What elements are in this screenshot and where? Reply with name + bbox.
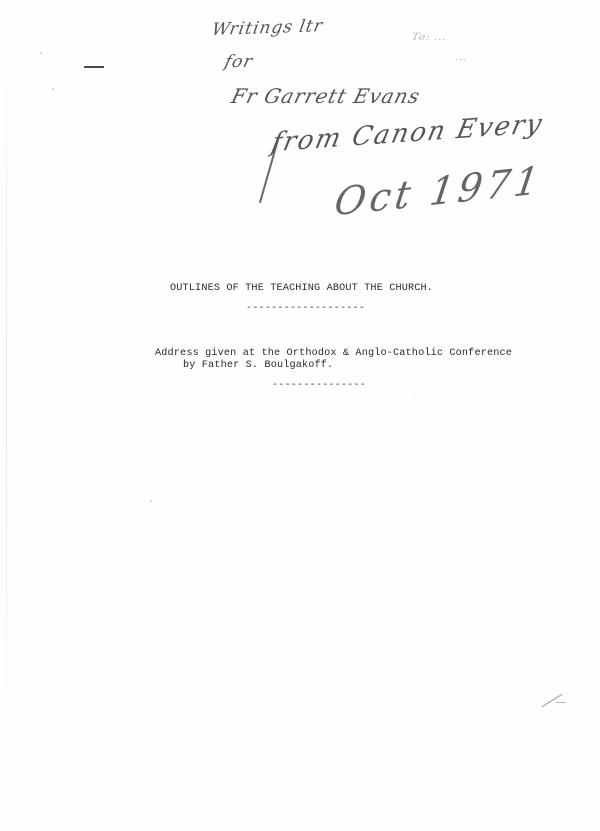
title-underline-rule: ------------------- [246,303,365,314]
document-title: OUTLINES OF THE TEACHING ABOUT THE CHURC… [170,283,433,294]
corner-pencil-mark [556,702,566,703]
address-line-2: by Father S. Boulgakoff. [183,360,333,371]
scan-speck [414,392,415,393]
scan-speck [40,52,42,54]
scan-speck [30,110,31,111]
scan-speck [305,470,306,471]
address-line-1: Address given at the Orthodox & Anglo-Ca… [155,348,512,359]
handwritten-line-1: Writings ltr [210,16,324,40]
handwritten-line-3: Fr Garrett Evans [229,84,423,108]
scan-speck [52,88,54,90]
scan-speck [150,500,152,502]
address-underline-rule: --------------- [272,380,366,391]
scan-edge-shadow [6,90,7,690]
margin-dash-mark [84,66,104,68]
handwritten-faint-note-1: To: ... [411,32,448,43]
handwritten-line-2: for [223,52,256,72]
handwritten-date: Oct 1971 [332,158,546,225]
handwritten-faint-note-2: ... [454,52,468,63]
corner-pencil-mark [542,694,563,708]
handwritten-line-4: from Canon Every [269,109,546,158]
scanned-document-page: Writings ltr To: ... ... for Fr Garrett … [0,0,600,831]
